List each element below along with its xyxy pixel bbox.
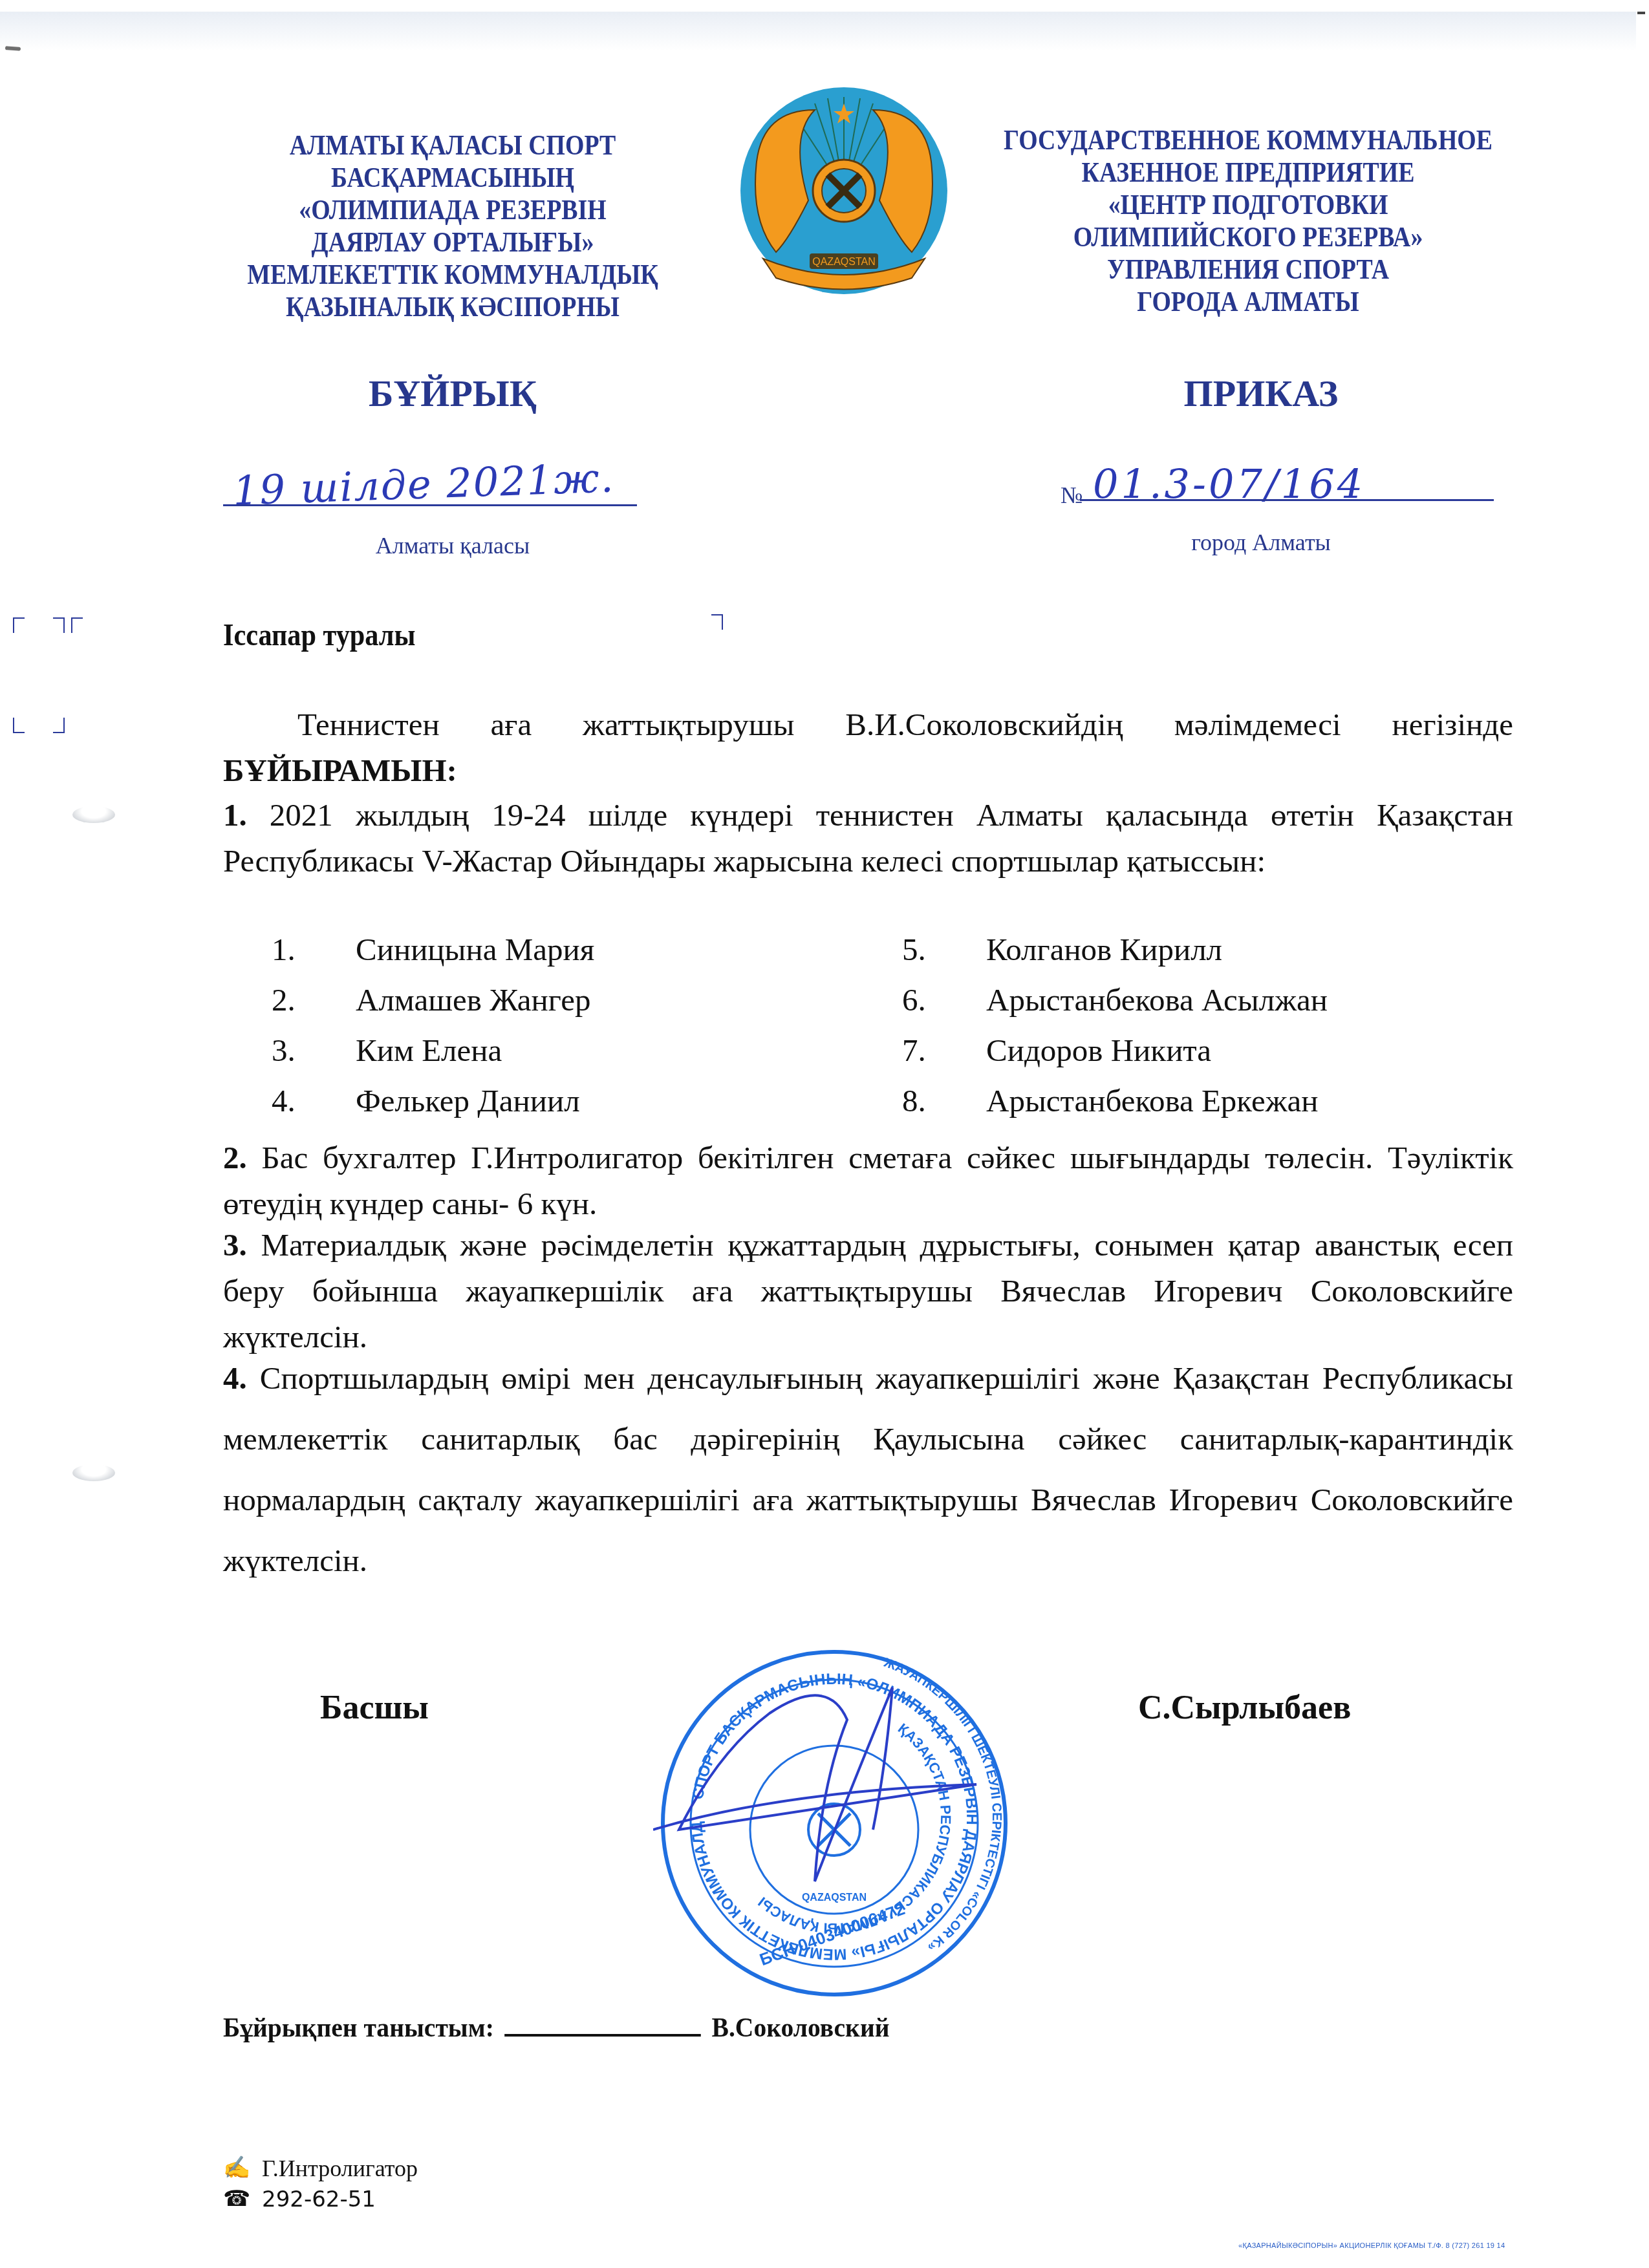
- acknowledged-by-name: В.Соколовский: [712, 2012, 890, 2044]
- bracket-mark: [13, 617, 25, 633]
- list-item: 1.Синицына Мария: [272, 925, 594, 975]
- org-ru-line: ГОСУДАРСТВЕННОЕ КОММУНАЛЬНОЕ: [981, 124, 1515, 156]
- signatory-name: С.Сырлыбаев: [1138, 1689, 1351, 1727]
- list-num: 6.: [902, 975, 986, 1025]
- org-ru-line: ОЛИМПИЙСКОГО РЕЗЕРВА»: [981, 221, 1515, 253]
- doc-type-kz: БҰЙРЫҚ: [252, 372, 653, 415]
- bracket-mark: [13, 718, 25, 733]
- executor-name: Г.Интролигатор: [262, 2153, 418, 2184]
- item-1: 1. 2021 жылдың 19-24 шілде күндері тенни…: [223, 792, 1513, 884]
- list-item: 4.Фелькер Даниил: [272, 1076, 594, 1126]
- org-ru-line: ГОРОДА АЛМАТЫ: [981, 286, 1515, 318]
- order-subject: Іссапар туралы: [223, 617, 415, 653]
- list-num: 2.: [272, 975, 356, 1025]
- athlete-name: Фелькер Даниил: [356, 1076, 580, 1126]
- item-number: 1.: [223, 797, 247, 833]
- item-text: Материалдық және рәсімделетін құжаттарды…: [223, 1227, 1513, 1354]
- list-num: 8.: [902, 1076, 986, 1126]
- list-item: 5.Колганов Кирилл: [902, 925, 1328, 975]
- kazakhstan-state-emblem-icon: QAZAQSTAN: [737, 84, 951, 297]
- writing-hand-icon: ✍: [223, 2153, 262, 2184]
- org-name-ru: ГОСУДАРСТВЕННОЕ КОММУНАЛЬНОЕ КАЗЕННОЕ ПР…: [981, 124, 1515, 318]
- athlete-name: Ким Елена: [356, 1025, 502, 1076]
- official-stamp-icon: ЖАУАПКЕРШІЛІГІ ШЕКТЕУЛІ СЕРІКТЕСТІГІ «CO…: [653, 1636, 1015, 1998]
- org-kz-line: МЕМЛЕКЕТТІК КОММУНАЛДЫҚ: [230, 259, 675, 291]
- list-item: 8.Арыстанбекова Еркежан: [902, 1076, 1328, 1126]
- number-underline: [1080, 499, 1494, 501]
- intro-text: Теннистен аға жаттықтырушы В.И.Соколовск…: [297, 707, 1513, 742]
- printer-imprint: «ҚАЗАРНАЙЫКӘСІПОРЫН» АКЦИОНЕРЛІК ҚОҒАМЫ …: [1238, 2242, 1505, 2250]
- bracket-mark: [53, 617, 65, 633]
- org-ru-line: КАЗЕННОЕ ПРЕДПРИЯТИЕ: [981, 156, 1515, 189]
- number-sign: №: [1061, 482, 1083, 509]
- bracket-mark: [71, 617, 83, 633]
- bracket-mark: [53, 718, 65, 733]
- svg-text:ҚАЗАҚСТАН РЕСПУБЛИКАСЫ АЛМАТЫ: ҚАЗАҚСТАН РЕСПУБЛИКАСЫ АЛМАТЫ ҚАЛАСЫ: [755, 1720, 954, 1937]
- date-underline: [223, 504, 637, 506]
- item-2: 2. Бас бухгалтер Г.Интролигатор бекітілг…: [223, 1135, 1513, 1226]
- list-num: 4.: [272, 1076, 356, 1126]
- org-name-kz: АЛМАТЫ ҚАЛАСЫ СПОРТ БАСҚАРМАСЫНЫҢ «ОЛИМП…: [230, 129, 675, 323]
- item-number: 3.: [223, 1227, 247, 1263]
- signatory-role: Басшы: [320, 1689, 429, 1727]
- bracket-mark: [711, 614, 723, 630]
- item-text: Бас бухгалтер Г.Интролигатор бекітілген …: [223, 1140, 1513, 1221]
- city-ru: город Алматы: [1061, 529, 1461, 556]
- org-kz-line: БАСҚАРМАСЫНЫҢ: [230, 162, 675, 194]
- doc-type-ru: ПРИКАЗ: [1061, 372, 1461, 415]
- item-number: 2.: [223, 1140, 247, 1175]
- order-verb: БҰЙЫРАМЫН:: [223, 753, 457, 788]
- org-kz-line: «ОЛИМПИАДА РЕЗЕРВІН: [230, 194, 675, 226]
- athlete-name: Алмашев Жангер: [356, 975, 590, 1025]
- telephone-icon: ☎: [223, 2184, 262, 2215]
- list-item: 7.Сидоров Никита: [902, 1025, 1328, 1076]
- svg-text:QAZAQSTAN: QAZAQSTAN: [802, 1892, 867, 1903]
- signature-line: [504, 2011, 701, 2037]
- page-edge-mark: [1637, 12, 1645, 14]
- list-num: 3.: [272, 1025, 356, 1076]
- acknowledgement-label: Бұйрықпен таныстым:: [223, 2012, 494, 2044]
- athlete-name: Арыстанбекова Еркежан: [986, 1076, 1318, 1126]
- list-item: 2.Алмашев Жангер: [272, 975, 594, 1025]
- list-item: 3.Ким Елена: [272, 1025, 594, 1076]
- org-ru-line: «ЦЕНТР ПОДГОТОВКИ: [981, 189, 1515, 221]
- punch-hole-top: [72, 806, 115, 823]
- org-kz-line: АЛМАТЫ ҚАЛАСЫ СПОРТ: [230, 129, 675, 162]
- athlete-name: Сидоров Никита: [986, 1025, 1211, 1076]
- item-text: Спортшылардың өмірі мен денсаулығының жа…: [223, 1360, 1513, 1578]
- athletes-column-left: 1.Синицына Мария 2.Алмашев Жангер 3.Ким …: [272, 925, 594, 1126]
- svg-text:QAZAQSTAN: QAZAQSTAN: [812, 257, 876, 268]
- athlete-name: Колганов Кирилл: [986, 925, 1222, 975]
- phone-row: ☎ 292-62-51: [223, 2184, 418, 2215]
- item-number: 4.: [223, 1360, 247, 1396]
- punch-hole-bottom: [72, 1464, 115, 1481]
- org-kz-line: ДАЯРЛАУ ОРТАЛЫҒЫ»: [230, 226, 675, 259]
- org-ru-line: УПРАВЛЕНИЯ СПОРТА: [981, 253, 1515, 286]
- list-num: 7.: [902, 1025, 986, 1076]
- item-text: 2021 жылдың 19-24 шілде күндері теннисте…: [223, 797, 1513, 879]
- intro-paragraph: Теннистен аға жаттықтырушы В.И.Соколовск…: [223, 701, 1513, 793]
- list-num: 1.: [272, 925, 356, 975]
- list-item: 6.Арыстанбекова Асылжан: [902, 975, 1328, 1025]
- executor-phone: 292-62-51: [262, 2184, 376, 2215]
- list-num: 5.: [902, 925, 986, 975]
- city-kz: Алматы қаласы: [252, 532, 653, 559]
- item-3: 3. Материалдық және рәсімделетін құжатта…: [223, 1222, 1513, 1360]
- athlete-name: Арыстанбекова Асылжан: [986, 975, 1328, 1025]
- athlete-name: Синицына Мария: [356, 925, 594, 975]
- acknowledgement-row: Бұйрықпен таныстым: В.Соколовский: [223, 2011, 889, 2044]
- athletes-column-right: 5.Колганов Кирилл 6.Арыстанбекова Асылжа…: [902, 925, 1328, 1126]
- item-4: 4. Спортшылардың өмірі мен денсаулығының…: [223, 1348, 1513, 1591]
- scan-shade: [0, 12, 1636, 50]
- executor-row: ✍ Г.Интролигатор: [223, 2153, 418, 2184]
- executor-info: ✍ Г.Интролигатор ☎ 292-62-51: [223, 2153, 418, 2215]
- org-kz-line: ҚАЗЫНАЛЫҚ КӘСІПОРНЫ: [230, 291, 675, 323]
